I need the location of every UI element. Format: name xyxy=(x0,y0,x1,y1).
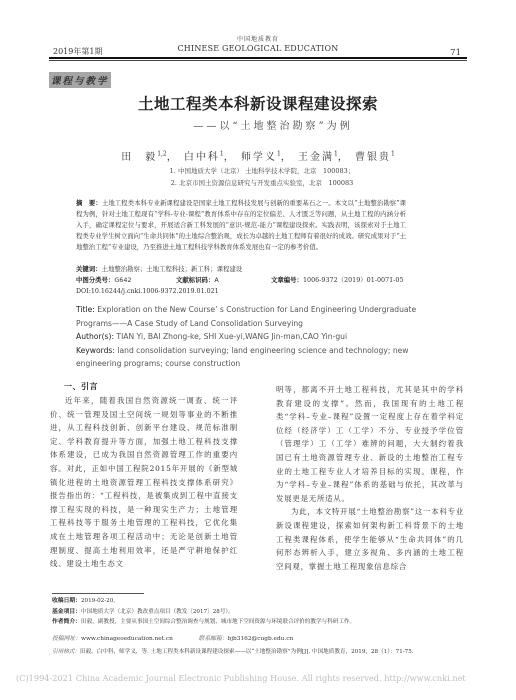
citation-format: 引用格式：田毅，白中科，师学义，等. 土地工程类本科新设课程建设探索——以“土地… xyxy=(52,647,472,658)
body-paragraph: 为此，本文特开展“土地整治勘察”这一本科专业新设课程建设，探索如何架构新工科背景… xyxy=(276,505,464,573)
english-title-label: Title: xyxy=(76,305,95,314)
received-value: 2019-02-20。 xyxy=(81,598,119,604)
bio-value: 田毅，副教授，主要从事国土空间综合整治调查与规划、城市地下空间资源与环境联合评价… xyxy=(81,619,355,625)
abstract-label: 摘 要： xyxy=(76,199,102,207)
journal-name-en: CHINESE GEOLOGICAL EDUCATION xyxy=(50,44,466,53)
article-title: 土地工程类本科新设课程建设探索 xyxy=(0,92,516,114)
keywords-text: 土地整治勘察；土地工程科技；新工科；课程建设 xyxy=(102,265,243,273)
article-no-label: 文章编号： xyxy=(271,276,303,284)
email-link[interactable]: bjb3162@cugb.edu.cn xyxy=(228,636,294,642)
abstract-text: 土地工程类本科专业新课程建设是国家土地工程科技发展与创新的重要基石之一。本文以“… xyxy=(76,199,406,251)
body-column-left: 一、引言 近年来，随着我国自然资源统一调查、统一评价、统一管理及国土空间统一规划… xyxy=(50,380,238,571)
doc-code-label: 文献标识码： xyxy=(176,276,214,284)
section-heading: 一、引言 xyxy=(50,380,238,394)
author-list: 田 毅1,2， 白中科1， 师学义1， 王金满1， 曹银贵1 xyxy=(0,148,516,163)
separator: ， xyxy=(224,152,236,163)
author-name: 曹银贵 xyxy=(355,152,391,163)
fund-label: 基金项目： xyxy=(52,609,81,615)
fund-value: 中国地质大学（北京）教改重点项目（教发〔2017〕28号）。 xyxy=(81,609,234,615)
footnotes: 收稿日期：2019-02-20。 基金项目：中国地质大学（北京）教改重点项目（教… xyxy=(52,596,472,628)
email-label: 联系邮箱： xyxy=(199,636,228,642)
keywords-cn: 关键词：土地整治勘察；土地工程科技；新工科；课程建设 xyxy=(76,264,242,273)
cite-text: 田毅，白中科，师学义，等. 土地工程类本科新设课程建设探索——以“土地整治勘察”… xyxy=(80,649,414,655)
clc-label: 中图分类号： xyxy=(76,276,114,284)
author-name: 师学义 xyxy=(241,152,277,163)
website-link[interactable]: www.chinageoeducation.net.cn xyxy=(81,636,173,642)
footnote-rule xyxy=(52,593,144,594)
doc-code-value: A xyxy=(214,276,218,284)
affiliation-marker: 1,2 xyxy=(157,151,167,158)
author-name: 王金满 xyxy=(298,152,334,163)
website-label: 投稿网址： xyxy=(52,636,81,642)
english-title: Title: Exploration on the New Course’ s … xyxy=(76,303,421,330)
article-subtitle: ——以“土地整治勘察”为例 xyxy=(0,117,516,132)
doi[interactable]: DOI:10.16244/j.cnki.1006-9372.2019.01.02… xyxy=(76,288,219,295)
journal-name: 中国地质教育 CHINESE GEOLOGICAL EDUCATION xyxy=(50,34,466,53)
abstract: 摘 要：土地工程类本科专业新课程建设是国家土地工程科技发展与创新的重要基石之一。… xyxy=(76,198,406,253)
english-authors: Author(s): TIAN Yi, BAI Zhong-ke, SHI Xu… xyxy=(76,330,421,344)
english-title-text: Exploration on the New Course’ s Constru… xyxy=(76,305,416,328)
journal-name-cn: 中国地质教育 xyxy=(50,34,466,43)
header-rule-thick xyxy=(49,57,467,59)
body-paragraph: 明等，都离不开土地工程科技，尤其是其中的学科教育建设的支撑”。然而，我国现有的土… xyxy=(276,383,464,505)
header-rule-thin xyxy=(49,60,467,61)
cite-label: 引用格式： xyxy=(52,649,80,655)
author-bio: 作者简介：田毅，副教授，主要从事国土空间综合整治调查与规划、城市地下空间资源与环… xyxy=(52,617,472,628)
separator: ， xyxy=(281,152,293,163)
separator: ， xyxy=(338,152,350,163)
body-paragraph: 近年来，随着我国自然资源统一调查、统一评价、统一管理及国土空间统一规划等事业的不… xyxy=(50,394,238,571)
author-name: 田 毅 xyxy=(121,152,157,163)
article-no-value: 1006-9372（2019）01-0071-05 xyxy=(303,276,404,284)
contact-line: 投稿网址：www.chinageoeducation.net.cn 联系邮箱：b… xyxy=(52,633,472,642)
body-column-right: 明等，都离不开土地工程科技，尤其是其中的学科教育建设的支撑”。然而，我国现有的土… xyxy=(276,383,464,573)
english-authors-text: TIAN Yi, BAI Zhong-ke, SHI Xue-yi,WANG J… xyxy=(114,332,347,341)
received-date: 收稿日期：2019-02-20。 xyxy=(52,596,472,607)
section-tag: 课程与教学 xyxy=(49,72,111,88)
received-label: 收稿日期： xyxy=(52,598,81,604)
affiliation-2: 2. 北京市国土资源信息研究与开发重点实验室，北京 100083 xyxy=(0,178,516,187)
english-abstract: Title: Exploration on the New Course’ s … xyxy=(76,303,421,371)
english-authors-label: Author(s): xyxy=(76,332,114,341)
english-keywords-text: land consolidation surveying; land engin… xyxy=(76,346,409,369)
separator: ， xyxy=(167,152,179,163)
clc-value: G642 xyxy=(114,276,131,284)
english-keywords-label: Keywords: xyxy=(76,346,115,355)
fund-info: 基金项目：中国地质大学（北京）教改重点项目（教发〔2017〕28号）。 xyxy=(52,607,472,618)
keywords-label: 关键词： xyxy=(76,265,102,273)
bio-label: 作者简介： xyxy=(52,619,81,625)
copyright-watermark: (C)1994-2021 China Academic Journal Elec… xyxy=(16,673,516,683)
english-keywords: Keywords: land consolidation surveying; … xyxy=(76,344,421,371)
author-name: 白中科 xyxy=(184,152,220,163)
affiliation-marker: 1 xyxy=(391,151,395,158)
affiliation-1: 1. 中国地质大学（北京） 土地科学技术学院，北京 100083； xyxy=(0,166,516,175)
